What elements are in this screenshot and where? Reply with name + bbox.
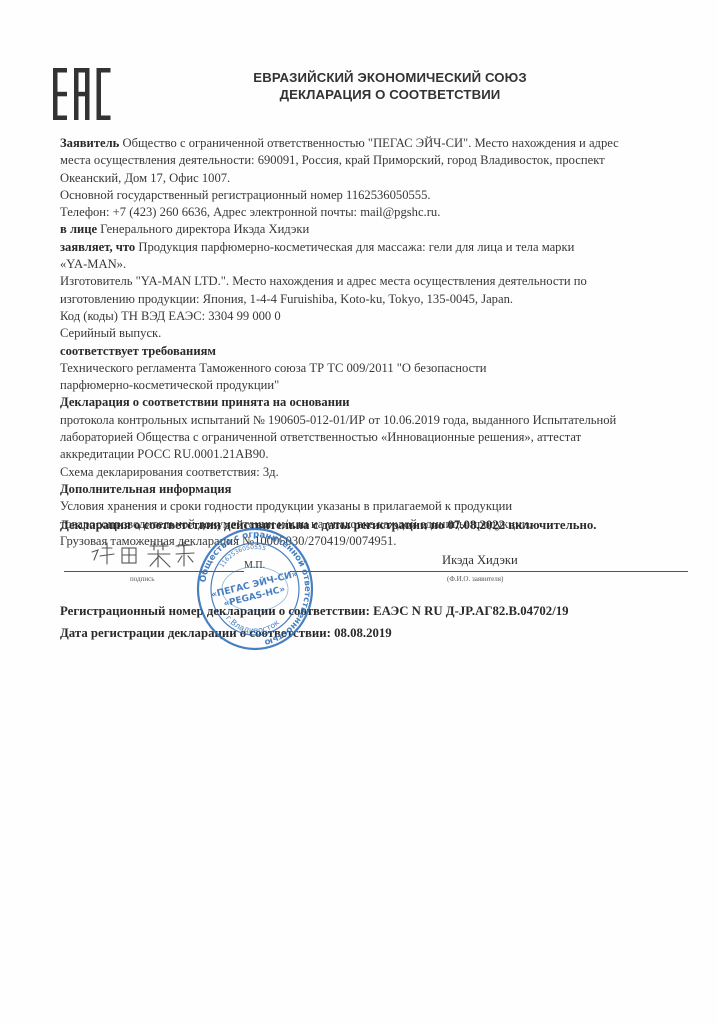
handwritten-signature-icon <box>88 540 198 570</box>
represented-by: в лице Генерального директора Икэда Хидэ… <box>60 221 690 238</box>
manufacturer-line-2: изготовлению продукции: Япония, 1-4-4 Fu… <box>60 291 690 308</box>
declaration-body: Заявитель Общество с ограниченной ответс… <box>60 135 690 550</box>
requirements-line-1: Технического регламента Таможенного союз… <box>60 360 690 377</box>
applicant-line-1: Заявитель Общество с ограниченной ответс… <box>60 135 690 152</box>
manufacturer-line-1: Изготовитель "YA-MAN LTD.". Место нахожд… <box>60 273 690 290</box>
basis-scheme: Схема декларирования соответствия: 3д. <box>60 464 690 481</box>
signatory-name: Икэда Хидэки <box>442 553 518 568</box>
represented-by-label: в лице <box>60 222 97 236</box>
basis-line-1: протокола контрольных испытаний № 190605… <box>60 412 690 429</box>
signatory-name-label: (Ф.И.О. заявителя) <box>447 575 503 583</box>
basis-line-2: лабораторией Общества с ограниченной отв… <box>60 429 690 446</box>
basis-line-3: аккредитации РОСС RU.0001.21АВ90. <box>60 446 690 463</box>
company-seal-icon: Общество с ограниченной ответственностью… <box>196 527 314 651</box>
additional-line-1: Условия хранения и сроки годности продук… <box>60 498 690 515</box>
declares-line-1: заявляет, что Продукция парфюмерно-косме… <box>60 239 690 256</box>
name-line <box>290 571 688 572</box>
applicant-contacts: Телефон: +7 (423) 260 6636, Адрес электр… <box>60 204 690 221</box>
declares-line-2: «YA-MAN». <box>60 256 690 273</box>
validity-statement: Декларация о соответствии действительна … <box>60 518 597 533</box>
registration-number: Регистрационный номер декларации о соотв… <box>60 604 569 619</box>
signature-label: подпись <box>130 575 154 583</box>
declares-label: заявляет, что <box>60 240 135 254</box>
release-type: Серийный выпуск. <box>60 325 690 342</box>
eac-mark-icon <box>53 68 111 120</box>
requirements-heading: соответствует требованиям <box>60 343 690 360</box>
union-title: ЕВРАЗИЙСКИЙ ЭКОНОМИЧЕСКИЙ СОЮЗ <box>200 69 580 86</box>
document-header: ЕВРАЗИЙСКИЙ ЭКОНОМИЧЕСКИЙ СОЮЗ ДЕКЛАРАЦИ… <box>200 69 580 103</box>
requirements-line-2: парфюмерно-косметической продукции" <box>60 377 690 394</box>
applicant-line-2: места осуществления деятельности: 690091… <box>60 152 690 169</box>
declaration-document: ЕВРАЗИЙСКИЙ ЭКОНОМИЧЕСКИЙ СОЮЗ ДЕКЛАРАЦИ… <box>0 0 718 1024</box>
additional-heading: Дополнительная информация <box>60 481 690 498</box>
hs-code: Код (коды) ТН ВЭД ЕАЭС: 3304 99 000 0 <box>60 308 690 325</box>
applicant-label: Заявитель <box>60 136 119 150</box>
basis-heading: Декларация о соответствии принята на осн… <box>60 394 690 411</box>
applicant-line-3: Океанский, Дом 17, Офис 1007. <box>60 170 690 187</box>
declaration-title: ДЕКЛАРАЦИЯ О СООТВЕТСТВИИ <box>200 86 580 103</box>
applicant-ogrn: Основной государственный регистрационный… <box>60 187 690 204</box>
